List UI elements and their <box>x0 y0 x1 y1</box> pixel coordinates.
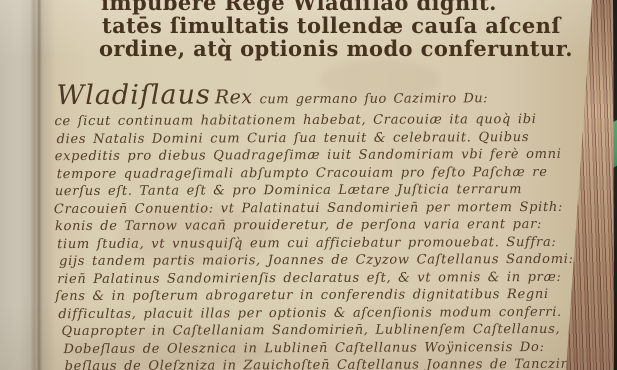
heading-line: impubere Rege Wladiſlao dignit. <box>101 0 571 14</box>
manuscript-line: ſens & in poſterum abrogaretur in confer… <box>55 286 567 306</box>
manuscript-line: difficultas, placuit illas per optionis … <box>58 303 567 323</box>
heading-line: tatēs ſimultatis tollendæ cauſa aſcenſ <box>102 14 571 37</box>
heading-line: ordine, atq̀ optionis modo conferuntur. <box>99 37 571 60</box>
chapter-heading: impubere Rege Wladiſlao dignit. tatēs ſi… <box>101 0 571 60</box>
manuscript-line: Cracouien̄ Conuentio: vt Palatinatui San… <box>54 198 567 218</box>
manuscript-body: WladiſlausRexcum germano ſuo Cazimiro Du… <box>54 85 567 370</box>
manuscript-line: Dobeſlaus de Olesznica in Lublinen̄ Caſt… <box>63 338 567 358</box>
manuscript-line: tempore quadrageſimali abſumpto Cracouia… <box>57 163 567 183</box>
rex-word: Rex <box>215 86 253 108</box>
manuscript-photo: impubere Rege Wladiſlao dignit. tatēs ſi… <box>0 0 617 370</box>
manuscript-line: uerſus eſt. Tanta eſt & pro Dominica Læt… <box>55 181 567 201</box>
manuscript-line: rien̄ Palatinus Sandomirienſis declaratu… <box>57 268 567 288</box>
manuscript-line-first: WladiſlausRexcum germano ſuo Cazimiro Du… <box>56 85 566 113</box>
manuscript-line: dies Natalis Domini cum Curia ſua tenuit… <box>57 128 567 148</box>
manuscript-line: beſlaus de Oleſzniza in Zauichoſten̄ Caſ… <box>65 356 568 370</box>
manuscript-line: gijs tandem partis maioris, Joannes de C… <box>59 251 567 271</box>
manuscript-line: tium ſtudia, vt vnusquiſq̀ eum cui affic… <box>57 233 567 253</box>
manuscript-line: ce ſicut continuam habitationem habebat,… <box>54 111 566 131</box>
manuscript-line: Quapropter in Caſtellaniam Sandomirien̄,… <box>61 321 567 341</box>
first-line-rest: cum germano ſuo Cazimiro Du: <box>260 91 489 107</box>
manuscript-line: konis de Tarnow vacan̄ prouideretur, de … <box>55 216 567 236</box>
manuscript-line: expeditis pro diebus Quadrageſimæ iuit S… <box>55 146 567 166</box>
manuscript-page: impubere Rege Wladiſlao dignit. tatēs ſi… <box>0 0 600 370</box>
initial-word: Wladiſlaus <box>56 79 211 111</box>
